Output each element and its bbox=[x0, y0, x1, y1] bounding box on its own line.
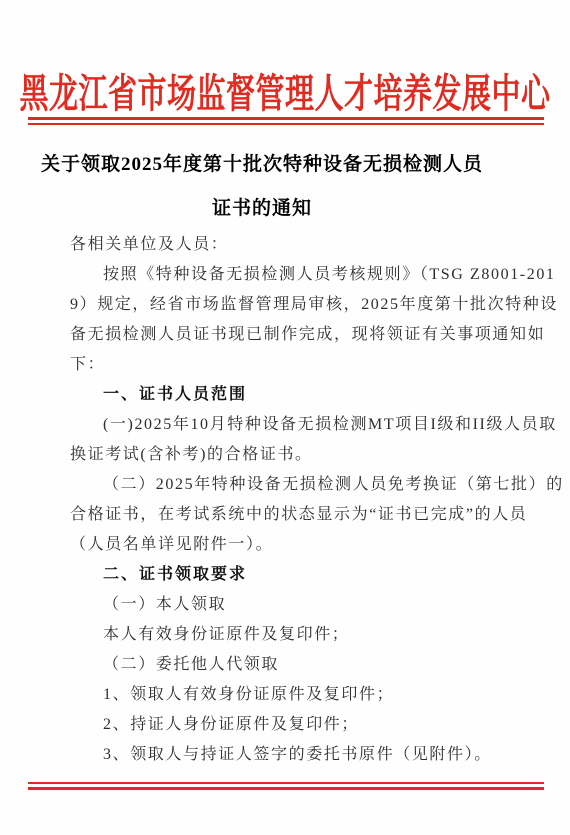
divider-bar-thick bbox=[28, 787, 544, 790]
divider-bar-thin bbox=[28, 123, 544, 125]
body-line: （一）本人领取 bbox=[70, 590, 542, 620]
footer-divider bbox=[28, 782, 544, 790]
body-line: 各相关单位及人员： bbox=[70, 230, 542, 260]
body-line: 本人有效身份证原件及复印件； bbox=[70, 620, 542, 650]
notice-title-line2: 证书的通知 bbox=[0, 187, 524, 231]
notice-document-page: 黑龙江省市场监督管理人才培养发展中心 关于领取2025年度第十批次特种设备无损检… bbox=[0, 0, 570, 835]
divider-bar-thick bbox=[28, 117, 544, 120]
body-line: 换证考试(含补考)的合格证书。 bbox=[70, 440, 542, 470]
body-line: 一、证书人员范围 bbox=[70, 380, 542, 410]
body-line: 1、领取人有效身份证原件及复印件； bbox=[70, 680, 542, 710]
notice-title: 关于领取2025年度第十批次特种设备无损检测人员 证书的通知 bbox=[0, 143, 524, 231]
body-line: （二）2025年特种设备无损检测人员免考换证（第七批）的 bbox=[70, 470, 542, 500]
body-line: （人员名单详见附件一）。 bbox=[70, 530, 542, 560]
divider-bar-thin bbox=[28, 782, 544, 784]
letterhead-divider bbox=[28, 117, 544, 125]
body-line: 按照《特种设备无损检测人员考核规则》（TSG Z8001-201 bbox=[70, 260, 542, 290]
body-line: 9）规定，经省市场监督管理局审核，2025年度第十批次特种设 bbox=[70, 290, 542, 320]
notice-body: 各相关单位及人员：按照《特种设备无损检测人员考核规则》（TSG Z8001-20… bbox=[70, 230, 542, 770]
body-line: (一)2025年10月特种设备无损检测MT项目I级和II级人员取 bbox=[70, 410, 542, 440]
body-line: （二）委托他人代领取 bbox=[70, 650, 542, 680]
notice-title-line1: 关于领取2025年度第十批次特种设备无损检测人员 bbox=[0, 143, 524, 187]
letterhead-org-name: 黑龙江省市场监督管理人才培养发展中心 bbox=[0, 63, 570, 120]
body-line: 合格证书，在考试系统中的状态显示为“证书已完成”的人员 bbox=[70, 500, 542, 530]
body-line: 下： bbox=[70, 350, 542, 380]
body-line: 备无损检测人员证书现已制作完成，现将领证有关事项通知如 bbox=[70, 320, 542, 350]
body-line: 3、领取人与持证人签字的委托书原件（见附件）。 bbox=[70, 740, 542, 770]
body-line: 2、持证人身份证原件及复印件； bbox=[70, 710, 542, 740]
body-line: 二、证书领取要求 bbox=[70, 560, 542, 590]
